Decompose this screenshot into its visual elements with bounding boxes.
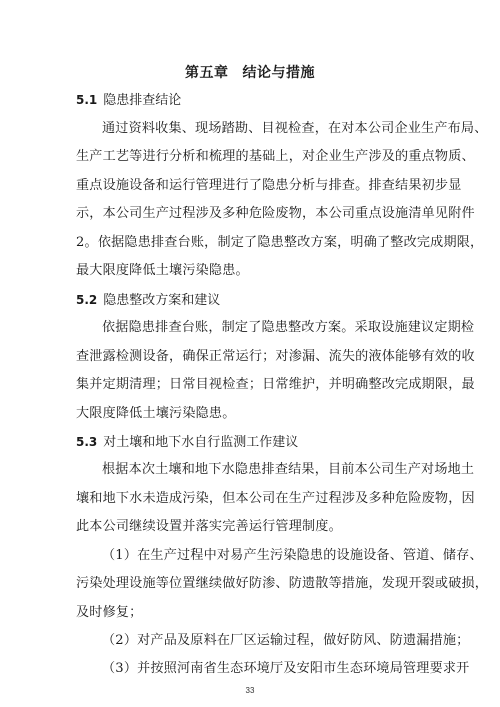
list-item-1-line: 污染处理设施等位置继续做好防渗、防遗散等措施，发现开裂或破损， <box>76 574 426 594</box>
paragraph-line: 根据本次土壤和地下水隐患排查结果，目前本公司生产对场地土 <box>76 460 426 480</box>
paragraph-line: 此本公司继续设置并落实完善运行管理制度。 <box>76 517 426 537</box>
paragraph-line: 最大限度降低土壤污染隐患。 <box>76 261 426 281</box>
paragraph-line: 2。依据隐患排查台账，制定了隐患整改方案，明确了整改完成期限， <box>76 233 426 253</box>
paragraph-line: 大限度降低土壤污染隐患。 <box>76 404 426 424</box>
list-item-1-line: 及时修复； <box>76 603 426 623</box>
paragraph-line: 生产工艺等进行分析和梳理的基础上，对企业生产涉及的重点物质、 <box>76 147 426 167</box>
list-item-3-line: （3）并按照河南省生态环境厅及安阳市生态环境局管理要求开 <box>76 659 426 679</box>
paragraph-line: 重点设施设备和运行管理进行了隐患分析与排查。排查结果初步显 <box>76 176 426 196</box>
section-number: 5.3 <box>76 435 97 449</box>
section-heading-5-3: 5.3对土壤和地下水自行监测工作建议 <box>76 432 298 453</box>
section-number: 5.2 <box>76 293 97 307</box>
section-heading-5-1: 5.1隐患排查结论 <box>76 90 181 111</box>
page-number: 33 <box>0 686 500 695</box>
section-title: 隐患排查结论 <box>103 93 181 108</box>
paragraph-line: 示，本公司生产过程涉及多种危险废物，本公司重点设施清单见附件 <box>76 204 426 224</box>
paragraph-line: 通过资料收集、现场踏勘、目视检查，在对本公司企业生产布局、 <box>76 119 426 139</box>
paragraph-line: 集并定期清理；日常目视检查；日常维护，并明确整改完成期限，最 <box>76 375 426 395</box>
list-item-2-line: （2）对产品及原料在厂区运输过程，做好防风、防遗漏措施； <box>76 631 426 651</box>
section-title: 隐患整改方案和建议 <box>103 293 220 308</box>
paragraph-line: 依据隐患排查台账，制定了隐患整改方案。采取设施建议定期检 <box>76 318 426 338</box>
chapter-title-text: 结论与措施 <box>243 65 316 81</box>
section-title: 对土壤和地下水自行监测工作建议 <box>103 435 298 450</box>
document-page: 第五章结论与措施 5.1隐患排查结论 通过资料收集、现场踏勘、目视检查，在对本公… <box>0 0 500 707</box>
paragraph-line: 壤和地下水未造成污染，但本公司在生产过程涉及多种危险废物，因 <box>76 489 426 509</box>
paragraph-line: 查泄露检测设备，确保正常运行；对渗漏、流失的液体能够有效的收 <box>76 347 426 367</box>
chapter-title-prefix: 第五章 <box>185 65 229 81</box>
section-number: 5.1 <box>76 93 97 107</box>
section-heading-5-2: 5.2隐患整改方案和建议 <box>76 290 220 311</box>
list-item-1-line: （1）在生产过程中对易产生污染隐患的设施设备、管道、储存、 <box>76 546 426 566</box>
chapter-title: 第五章结论与措施 <box>0 62 500 82</box>
